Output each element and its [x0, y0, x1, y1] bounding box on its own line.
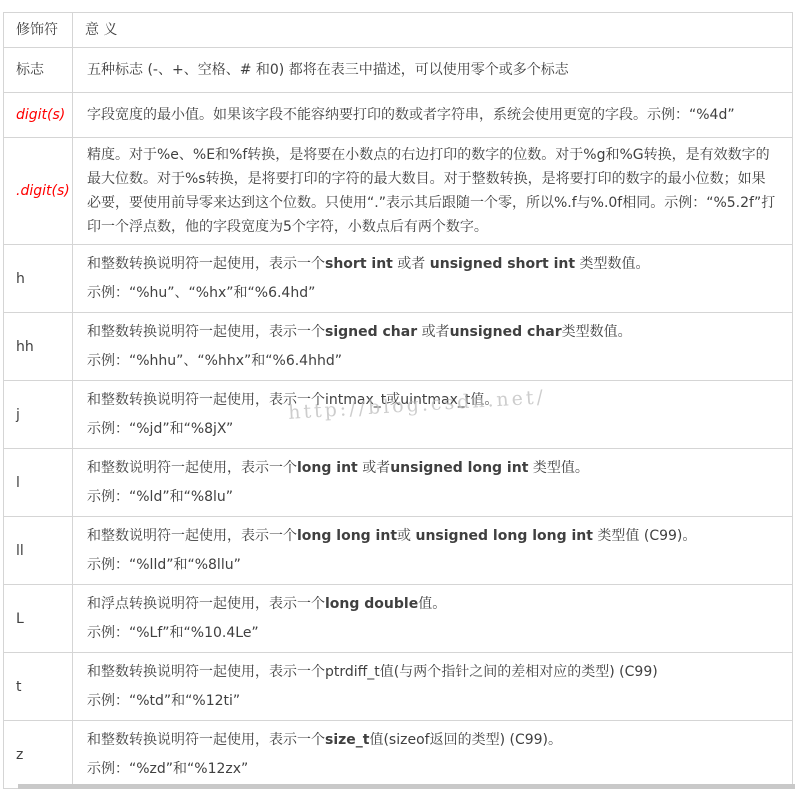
meaning-cell: 和整数转换说明符一起使用，表示一个signed char 或者unsigned … [73, 313, 793, 381]
meaning-cell: 和整数转换说明符一起使用，表示一个size_t值(sizeof返回的类型) (C… [73, 721, 793, 789]
meaning-cell: 和整数说明符一起使用，表示一个long int 或者unsigned long … [73, 449, 793, 517]
meaning-cell: 和整数转换说明符一起使用，表示一个short int 或者 unsigned s… [73, 245, 793, 313]
table-row: z和整数转换说明符一起使用，表示一个size_t值(sizeof返回的类型) (… [4, 721, 793, 789]
meaning-line: 精度。对于%e、%E和%f转换，是将要在小数点的右边打印的数字的位数。对于%g和… [87, 143, 778, 239]
modifier-cell: j [4, 381, 73, 449]
table-row: L和浮点转换说明符一起使用，表示一个long double值。示例：“%Lf”和… [4, 585, 793, 653]
table-row: hh和整数转换说明符一起使用，表示一个signed char 或者unsigne… [4, 313, 793, 381]
table-row: h和整数转换说明符一起使用，表示一个short int 或者 unsigned … [4, 245, 793, 313]
meaning-line: 示例：“%jd”和“%8jX” [87, 417, 778, 441]
meaning-line: 示例：“%hu”、“%hx”和“%6.4hd” [87, 281, 778, 305]
meaning-cell: 和整数转换说明符一起使用，表示一个ptrdiff_t值(与两个指针之间的差相对应… [73, 653, 793, 721]
meaning-line: 和浮点转换说明符一起使用，表示一个long double值。 [87, 592, 778, 616]
table-header-row: 修饰符 意 义 [4, 13, 793, 48]
meaning-line: 示例：“%hhu”、“%hhx”和“%6.4hhd” [87, 349, 778, 373]
modifier-cell: hh [4, 313, 73, 381]
modifier-cell: t [4, 653, 73, 721]
table-row: 标志五种标志 (-、+、空格、# 和0) 都将在表三中描述，可以使用零个或多个标… [4, 48, 793, 93]
meaning-cell: 和整数转换说明符一起使用，表示一个intmax_t或uintmax_t值。示例：… [73, 381, 793, 449]
meaning-line: 字段宽度的最小值。如果该字段不能容纳要打印的数或者字符串，系统会使用更宽的字段。… [87, 103, 778, 127]
modifier-cell: L [4, 585, 73, 653]
meaning-line: 和整数转换说明符一起使用，表示一个signed char 或者unsigned … [87, 320, 778, 344]
modifier-cell: ll [4, 517, 73, 585]
table-row: digit(s)字段宽度的最小值。如果该字段不能容纳要打印的数或者字符串，系统会… [4, 93, 793, 138]
column-header-meaning: 意 义 [73, 13, 793, 48]
modifier-cell: l [4, 449, 73, 517]
meaning-line: 示例：“%Lf”和“%10.4Le” [87, 621, 778, 645]
meaning-cell: 和浮点转换说明符一起使用，表示一个long double值。示例：“%Lf”和“… [73, 585, 793, 653]
meaning-line: 和整数说明符一起使用，表示一个long int 或者unsigned long … [87, 456, 778, 480]
meaning-cell: 和整数说明符一起使用，表示一个long long int或 unsigned l… [73, 517, 793, 585]
meaning-cell: 五种标志 (-、+、空格、# 和0) 都将在表三中描述，可以使用零个或多个标志 [73, 48, 793, 93]
table-row: ll和整数说明符一起使用，表示一个long long int或 unsigned… [4, 517, 793, 585]
meaning-line: 示例：“%lld”和“%8llu” [87, 553, 778, 577]
meaning-line: 五种标志 (-、+、空格、# 和0) 都将在表三中描述，可以使用零个或多个标志 [87, 58, 778, 82]
format-modifiers-table: 修饰符 意 义 标志五种标志 (-、+、空格、# 和0) 都将在表三中描述，可以… [3, 12, 793, 789]
modifier-cell: z [4, 721, 73, 789]
modifier-cell: .digit(s) [4, 138, 73, 245]
modifier-cell: digit(s) [4, 93, 73, 138]
meaning-line: 和整数转换说明符一起使用，表示一个short int 或者 unsigned s… [87, 252, 778, 276]
meaning-line: 和整数转换说明符一起使用，表示一个ptrdiff_t值(与两个指针之间的差相对应… [87, 660, 778, 684]
meaning-line: 和整数说明符一起使用，表示一个long long int或 unsigned l… [87, 524, 778, 548]
meaning-line: 和整数转换说明符一起使用，表示一个size_t值(sizeof返回的类型) (C… [87, 728, 778, 752]
column-header-modifier: 修饰符 [4, 13, 73, 48]
modifier-cell: h [4, 245, 73, 313]
meaning-line: 和整数转换说明符一起使用，表示一个intmax_t或uintmax_t值。 [87, 388, 778, 412]
table-row: t和整数转换说明符一起使用，表示一个ptrdiff_t值(与两个指针之间的差相对… [4, 653, 793, 721]
meaning-line: 示例：“%zd”和“%12zx” [87, 757, 778, 781]
table-row: l和整数说明符一起使用，表示一个long int 或者unsigned long… [4, 449, 793, 517]
meaning-line: 示例：“%ld”和“%8lu” [87, 485, 778, 509]
table-body: 标志五种标志 (-、+、空格、# 和0) 都将在表三中描述，可以使用零个或多个标… [4, 48, 793, 789]
table-row: .digit(s)精度。对于%e、%E和%f转换，是将要在小数点的右边打印的数字… [4, 138, 793, 245]
table-row: j和整数转换说明符一起使用，表示一个intmax_t或uintmax_t值。示例… [4, 381, 793, 449]
meaning-line: 示例：“%td”和“%12ti” [87, 689, 778, 713]
modifier-cell: 标志 [4, 48, 73, 93]
meaning-cell: 精度。对于%e、%E和%f转换，是将要在小数点的右边打印的数字的位数。对于%g和… [73, 138, 793, 245]
meaning-cell: 字段宽度的最小值。如果该字段不能容纳要打印的数或者字符串，系统会使用更宽的字段。… [73, 93, 793, 138]
horizontal-scrollbar-thumb[interactable] [18, 784, 795, 789]
